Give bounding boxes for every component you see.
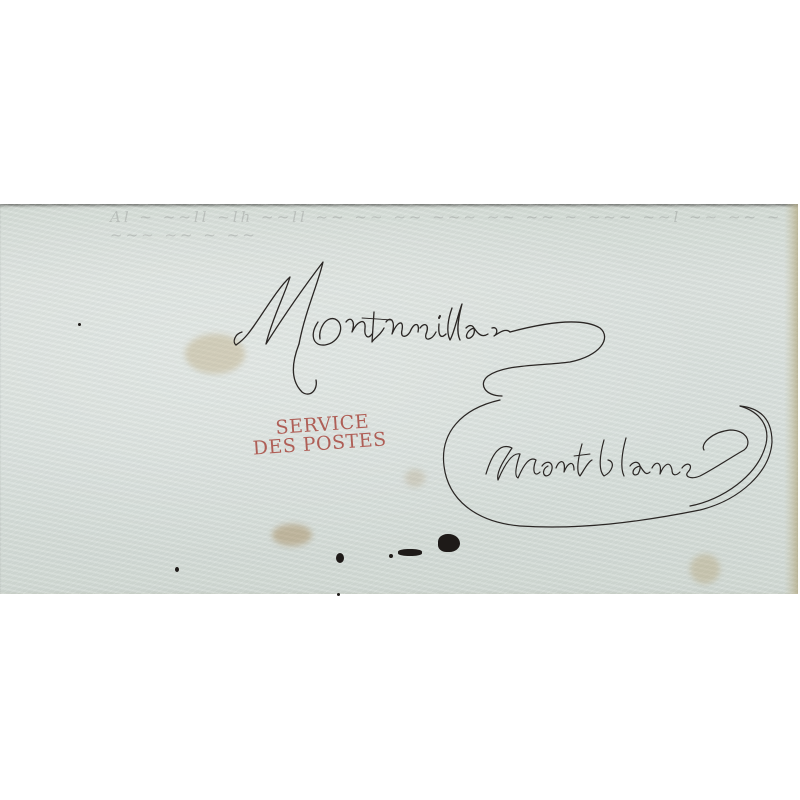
handwritten-address: [0, 204, 798, 594]
letter-cover: Al ~ ~~ll ~lh ~~ll ~~ ~~ ~~ ~~~ ~~ ~~ ~ …: [0, 204, 798, 594]
